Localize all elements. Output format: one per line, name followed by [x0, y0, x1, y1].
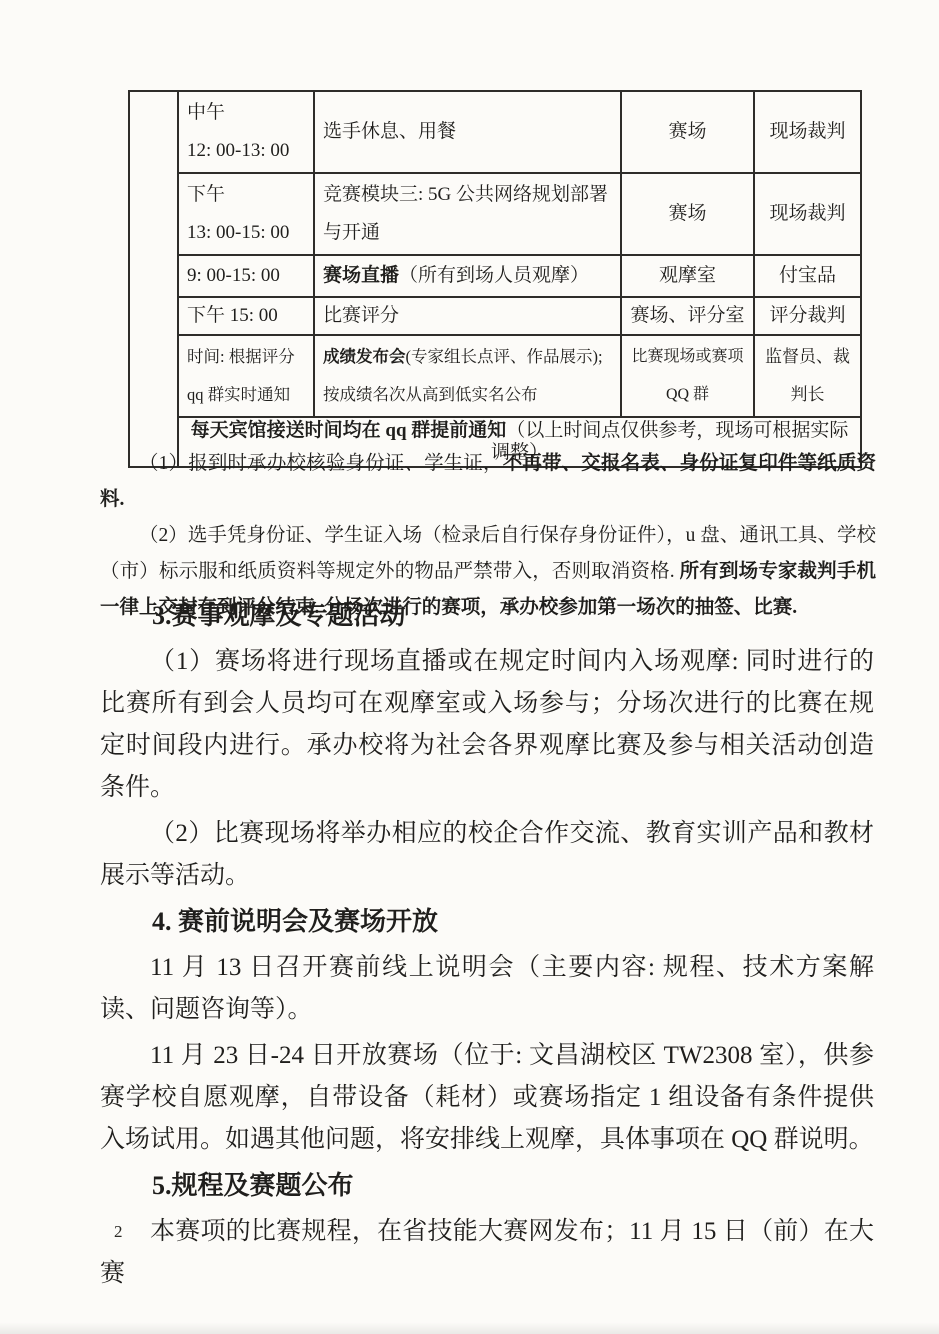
bold-text: 3.赛事观摩及专题活动: [152, 601, 406, 630]
cell-staff: 评分裁判: [754, 297, 861, 335]
bold-text: 5.规程及赛题公布: [152, 1171, 354, 1200]
text: （1）赛场将进行现场直播或在规定时间内入场观摩: 同时进行的比赛所有到会人员均可…: [100, 648, 874, 801]
text: （所有到场人员观摩）: [399, 265, 589, 286]
scanned-document-page: 中午 12: 00-13: 00 选手休息、用餐 赛场 现场裁判 下午 13: …: [0, 0, 939, 1334]
schedule-table: 中午 12: 00-13: 00 选手休息、用餐 赛场 现场裁判 下午 13: …: [128, 90, 862, 468]
cell-time: 时间: 根据评分 qq 群实时通知: [178, 335, 314, 417]
text: 选手休息、用餐: [323, 121, 456, 142]
section-heading-4: 4. 赛前说明会及赛场开放: [100, 901, 874, 943]
cell-time: 中午 12: 00-13: 00: [178, 91, 314, 173]
cell-staff: 现场裁判: [754, 91, 861, 173]
section-heading-3: 3.赛事观摩及专题活动: [100, 595, 874, 637]
bold-text: 每天宾馆接送时间均在 qq 群提前通知: [191, 420, 507, 441]
cell-activity: 赛场直播（所有到场人员观摩）: [314, 255, 621, 297]
paragraph: （1）赛场将进行现场直播或在规定时间内入场观摩: 同时进行的比赛所有到会人员均可…: [100, 641, 874, 809]
cell-activity: 选手休息、用餐: [314, 91, 621, 173]
cell-staff: 现场裁判: [754, 173, 861, 255]
text: 竞赛模块三: 5G 公共网络规划部署与开通: [323, 184, 608, 243]
cell-location: 赛场、评分室: [621, 297, 754, 335]
bold-text: 赛场直播: [323, 265, 399, 286]
paragraph: 本赛项的比赛规程，在省技能大赛网发布；11 月 15 日（前）在大赛: [100, 1211, 874, 1295]
paragraph: （2）比赛现场将举办相应的校企合作交流、教育实训产品和教材展示等活动。: [100, 813, 874, 897]
bold-text: 成绩发布会: [323, 347, 406, 366]
page-number: 2: [114, 1222, 123, 1242]
text: 比赛评分: [323, 305, 399, 326]
table-row: 中午 12: 00-13: 00 选手休息、用餐 赛场 现场裁判: [129, 91, 861, 173]
cell-staff: 监督员、裁判长: [754, 335, 861, 417]
body-section: 3.赛事观摩及专题活动 （1）赛场将进行现场直播或在规定时间内入场观摩: 同时进…: [100, 593, 874, 1299]
table-row: 9: 00-15: 00 赛场直播（所有到场人员观摩） 观摩室 付宝品: [129, 255, 861, 297]
cell-activity: 比赛评分: [314, 297, 621, 335]
cell-blank: [129, 91, 178, 467]
cell-location: 赛场: [621, 91, 754, 173]
text: 11 月 23 日-24 日开放赛场（位于: 文昌湖校区 TW2308 室），供…: [100, 1042, 874, 1153]
table-row: 下午 15: 00 比赛评分 赛场、评分室 评分裁判: [129, 297, 861, 335]
paragraph: 11 月 23 日-24 日开放赛场（位于: 文昌湖校区 TW2308 室），供…: [100, 1035, 874, 1161]
cell-location: 赛场: [621, 173, 754, 255]
bold-text: 4. 赛前说明会及赛场开放: [152, 907, 438, 936]
cell-location: 比赛现场或赛项 QQ 群: [621, 335, 754, 417]
text: （2）比赛现场将举办相应的校企合作交流、教育实训产品和教材展示等活动。: [100, 820, 874, 889]
schedule-table-container: 中午 12: 00-13: 00 选手休息、用餐 赛场 现场裁判 下午 13: …: [128, 90, 862, 468]
cell-activity: 成绩发布会(专家组长点评、作品展示); 按成绩名次从高到低实名公布: [314, 335, 621, 417]
text: 本赛项的比赛规程，在省技能大赛网发布；11 月 15 日（前）在大赛: [100, 1218, 874, 1287]
paragraph: 11 月 13 日召开赛前线上说明会（主要内容: 规程、技术方案解读、问题咨询等…: [100, 947, 874, 1031]
section-heading-5: 5.规程及赛题公布: [100, 1165, 874, 1207]
cell-time: 下午 13: 00-15: 00: [178, 173, 314, 255]
cell-activity: 竞赛模块三: 5G 公共网络规划部署与开通: [314, 173, 621, 255]
cell-location: 观摩室: [621, 255, 754, 297]
text: 11 月 13 日召开赛前线上说明会（主要内容: 规程、技术方案解读、问题咨询等…: [100, 954, 874, 1023]
table-row: 下午 13: 00-15: 00 竞赛模块三: 5G 公共网络规划部署与开通 赛…: [129, 173, 861, 255]
cell-staff: 付宝品: [754, 255, 861, 297]
text: （1）报到时承办校核验身份证、学生证，: [139, 453, 503, 474]
cell-time: 下午 15: 00: [178, 297, 314, 335]
note-item: （1）报到时承办校核验身份证、学生证，不再带、交报名表、身份证复印件等纸质资料.: [100, 446, 876, 518]
cell-time: 9: 00-15: 00: [178, 255, 314, 297]
table-row: 时间: 根据评分 qq 群实时通知 成绩发布会(专家组长点评、作品展示); 按成…: [129, 335, 861, 417]
